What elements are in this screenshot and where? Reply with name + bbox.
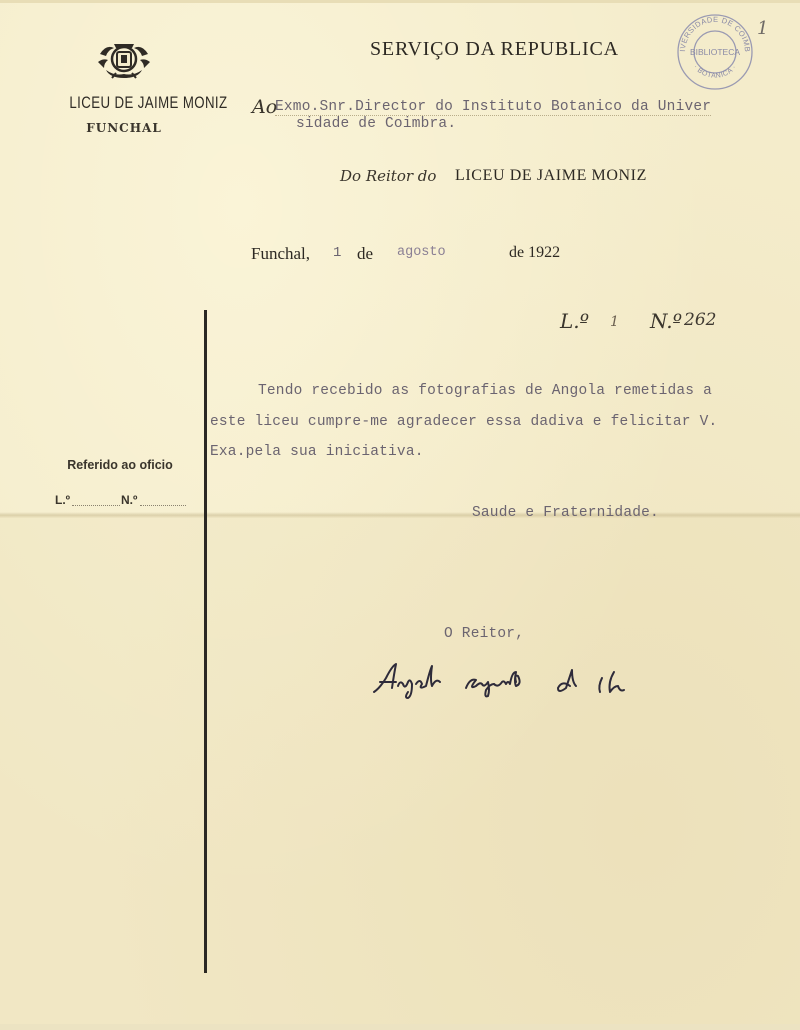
margin-form-number-label: N.º bbox=[121, 493, 137, 507]
reference-number-label: N.º bbox=[650, 309, 682, 333]
reference-number-value: 262 bbox=[684, 310, 716, 330]
school-city: FUNCHAL bbox=[54, 121, 194, 135]
addressee-line-2: sidade de Coimbra. bbox=[296, 116, 456, 132]
margin-rule bbox=[204, 310, 207, 973]
sender-school: LICEU DE JAIME MONIZ bbox=[455, 167, 647, 185]
reference-book-label: L.º bbox=[560, 309, 589, 333]
date-month: agosto bbox=[397, 245, 446, 260]
coat-of-arms-icon bbox=[96, 40, 152, 80]
margin-form-book-label: L.º bbox=[55, 493, 70, 507]
paper-lower-half bbox=[0, 515, 800, 1030]
svg-text:· BOTANICA ·: · BOTANICA · bbox=[692, 64, 738, 80]
reference-book-value: 1 bbox=[610, 314, 619, 330]
date-city: Funchal, bbox=[251, 244, 310, 264]
service-title: SERVIÇO DA REPUBLICA bbox=[370, 38, 619, 61]
margin-form-book-blank bbox=[72, 505, 120, 506]
paper-bottom-edge bbox=[0, 1024, 800, 1030]
signoff-title: O Reitor, bbox=[444, 626, 524, 642]
library-stamp: UNIVERSIDADE DE COIMBRA BIBLIOTECA · BOT… bbox=[675, 12, 755, 92]
body-line-3: Exa.pela sua iniciativa. bbox=[210, 444, 424, 460]
body-line-2: este liceu cumpre-me agradecer essa dadi… bbox=[210, 414, 717, 430]
paper-top-edge bbox=[0, 0, 800, 3]
handwritten-signature bbox=[370, 658, 670, 704]
date-day: 1 bbox=[333, 245, 341, 261]
sender-prefix: Do Reitor do bbox=[340, 167, 436, 185]
addressee-prefix: Ao bbox=[252, 96, 277, 118]
letter-page: LICEU DE JAIME MONIZ FUNCHAL SERVIÇO DA … bbox=[0, 0, 800, 1030]
date-year: de 1922 bbox=[509, 244, 560, 262]
closing-salutation: Saude e Fraternidade. bbox=[472, 505, 659, 521]
paper-fold-crease bbox=[0, 512, 800, 518]
margin-form-number-blank bbox=[140, 505, 186, 506]
page-number: 1 bbox=[757, 18, 768, 39]
addressee-line-1: Exmo.Snr.Director do Instituto Botanico … bbox=[275, 99, 711, 116]
stamp-center-text: BIBLIOTECA bbox=[690, 47, 740, 57]
school-name: LICEU DE JAIME MONIZ bbox=[69, 93, 178, 113]
stamp-bottom-text: · BOTANICA · bbox=[692, 64, 738, 80]
body-line-1: Tendo recebido as fotografias de Angola … bbox=[258, 383, 712, 399]
date-de: de bbox=[357, 244, 373, 264]
margin-form-title: Referido ao oficio bbox=[40, 458, 200, 472]
